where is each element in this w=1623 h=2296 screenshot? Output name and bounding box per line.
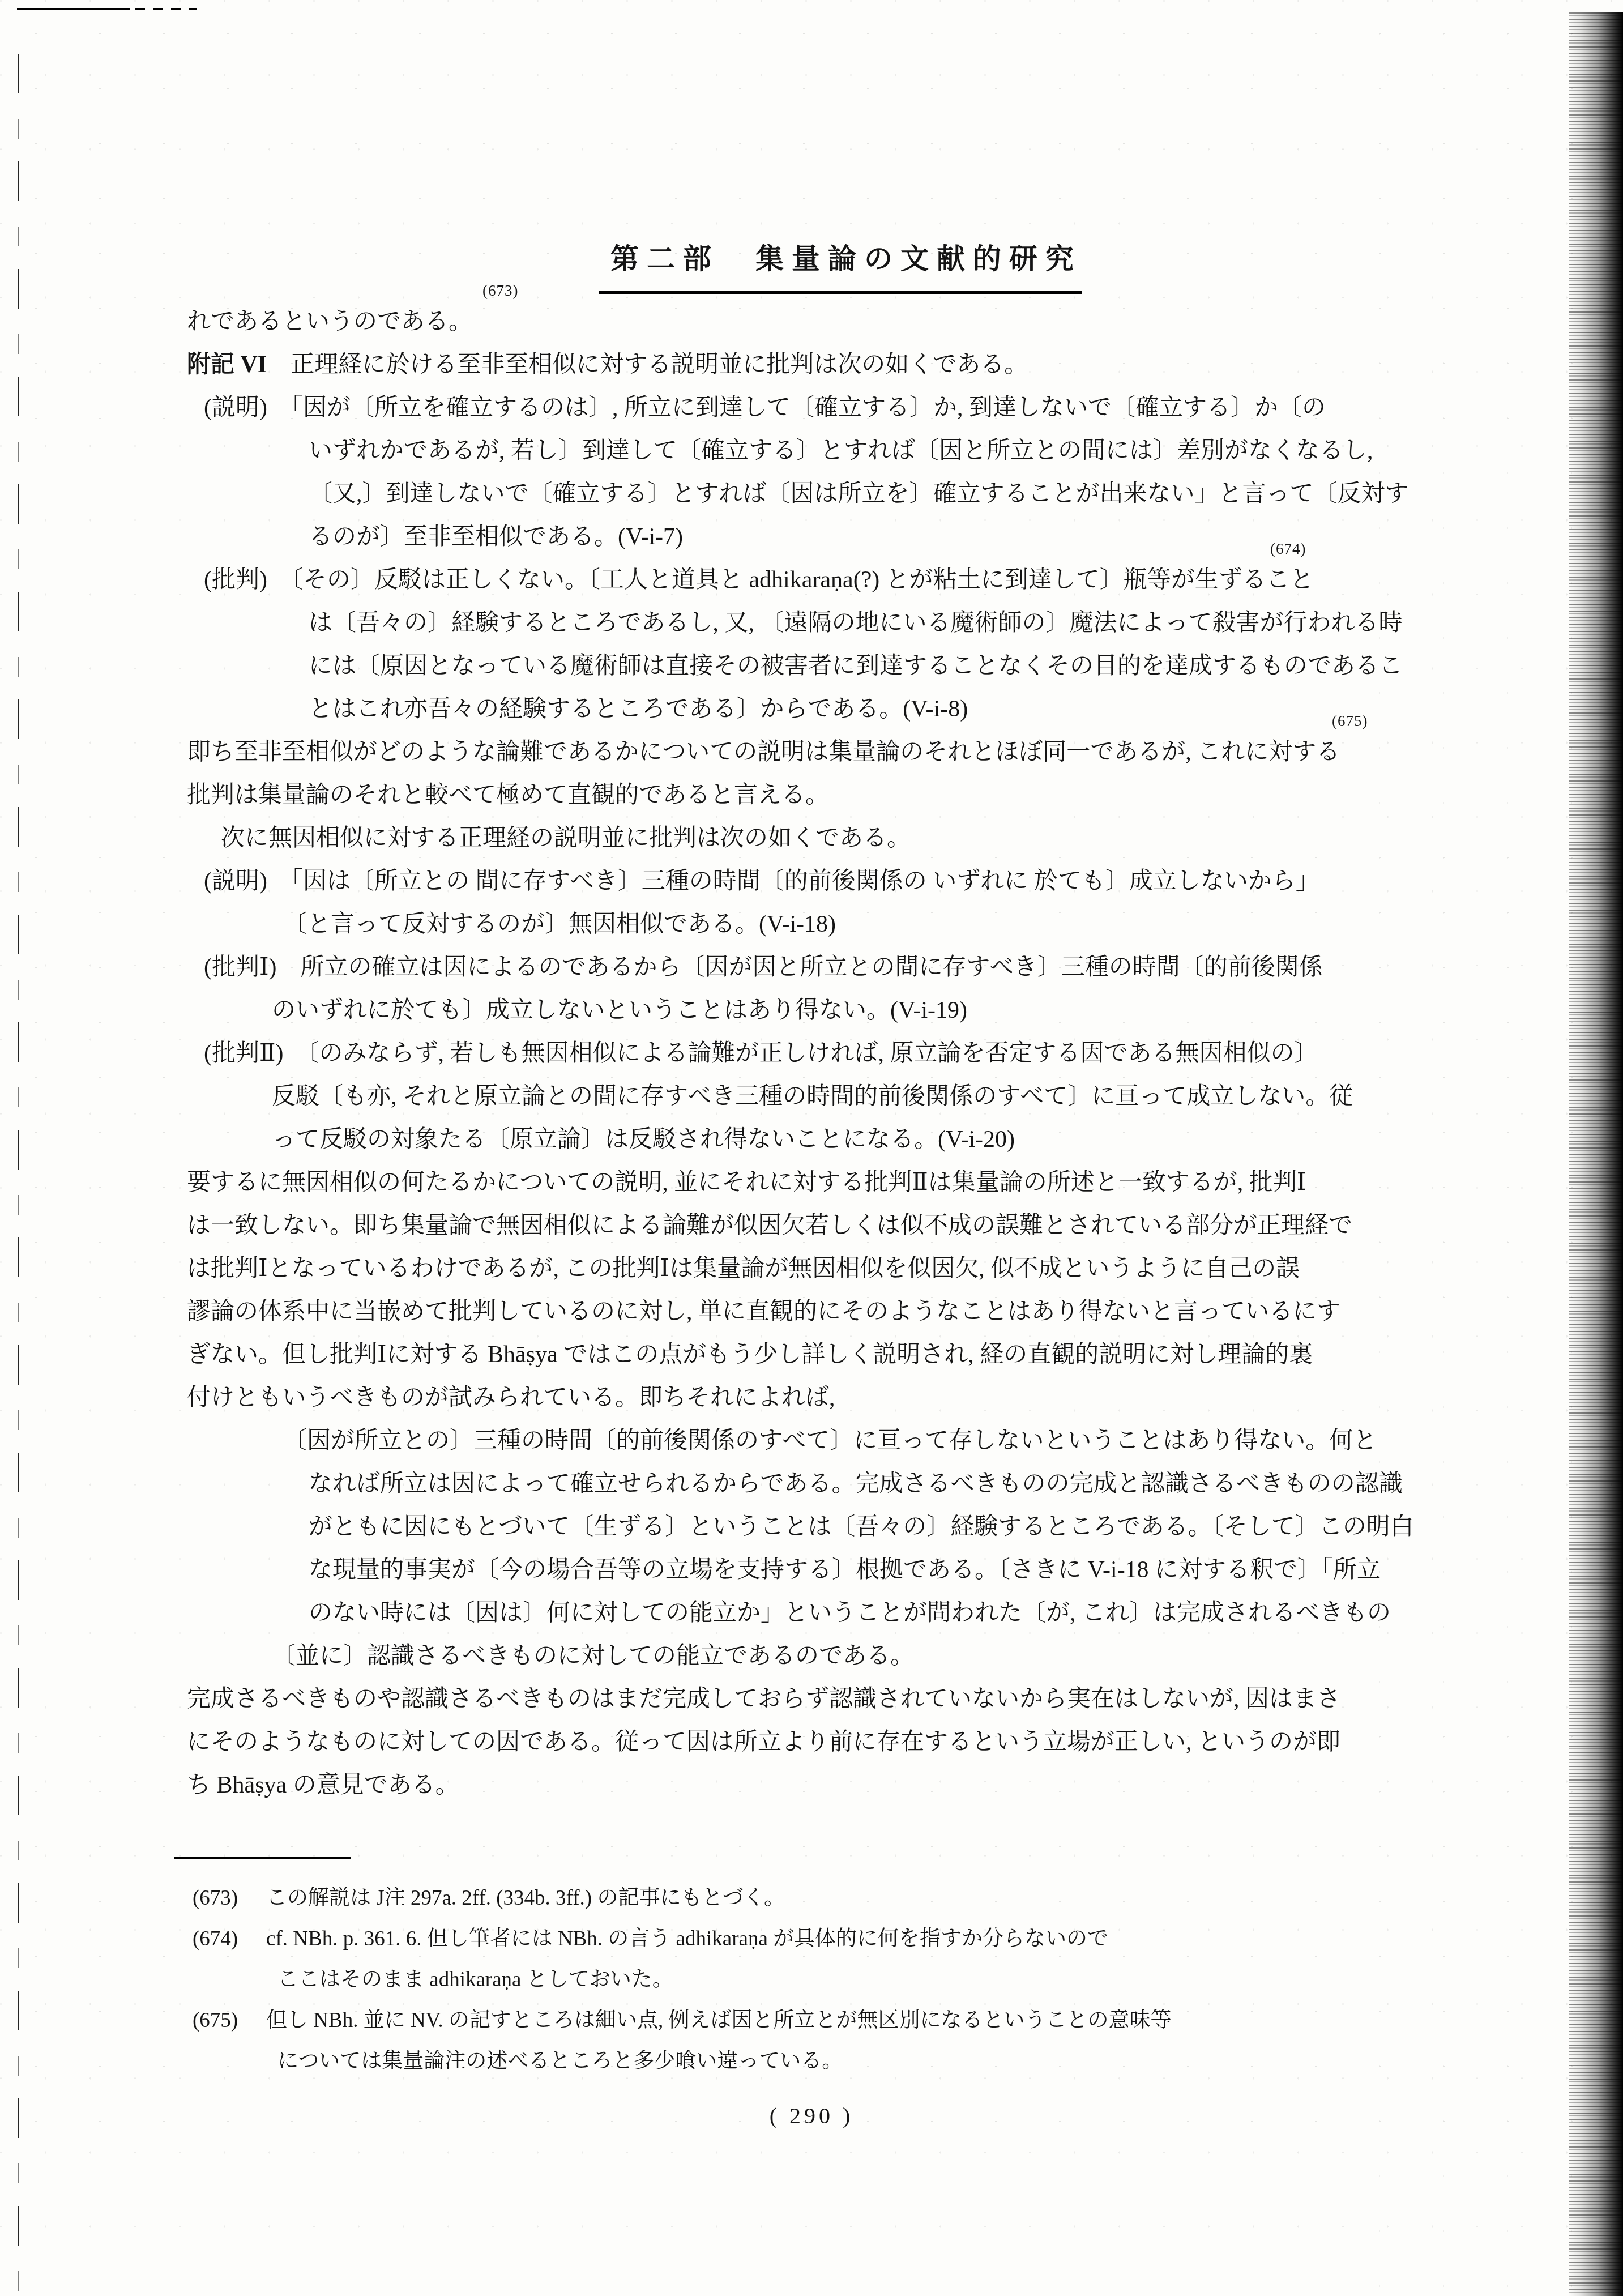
section-heading: 正理経に於ける至非至相似に対する説明並に批判は次の如くである。 <box>267 352 1028 378</box>
footnote-row: ここはそのまま adhikaraṇa としておいた。 <box>277 1968 673 1992</box>
text-line: なれば所立は因によって確立せられるからである。完成さるべきものの完成と認識さるべ… <box>309 1470 1403 1497</box>
text-line: 反駁〔も亦, それと原立論との間に存すべき三種の時間的前後関係のすべて〕に亘って… <box>272 1083 1353 1110</box>
emphasized-text: 完成さるべきもの <box>187 1686 377 1712</box>
text-line: にそのようなものに対しての因である。従って因は所立より前に存在するという立場が正… <box>187 1729 1340 1756</box>
page-title: 第二部 集量論の文献的研究 <box>610 245 1082 273</box>
footnote-text: については集量論注の述べるところと多少喰い違っている。 <box>277 2050 843 2073</box>
text-line: ぎない。但し批判Ⅰに対する Bhāṣya ではこの点がもう少し詳しく説明され, … <box>187 1341 1313 1368</box>
text-line: いずれかであるが, 若し〕到達して〔確立する〕とすれば〔因と所立との間には〕差別… <box>309 437 1373 464</box>
text-segment: 〔並に〕 <box>272 1643 367 1669</box>
text-line: は批判Ⅰとなっているわけであるが, この批判Ⅰは集量論が無因相似を似因欠, 似不… <box>187 1255 1300 1282</box>
scan-top-line-dashes <box>135 8 197 10</box>
footnote-text: ここはそのまま adhikaraṇa としておいた。 <box>277 1968 673 1991</box>
text-line: のいずれに於ても〕成立しないということはあり得ない。(V-i-19) <box>272 997 967 1024</box>
emphasized-text: 認識さるべきもの <box>367 1643 557 1669</box>
text-segment: の認識 <box>1331 1471 1403 1497</box>
text-line: は一致しない。即ち集量論で無因相似による論難が似因欠若しくは似不成の誤難とされて… <box>187 1212 1352 1239</box>
text-line: 要するに無因相似の何たるかについての説明, 並にそれに対する批判Ⅱは集量論の所述… <box>187 1169 1306 1196</box>
text-line: 〔並に〕認識さるべきものに対しての能立であるのである。 <box>272 1642 914 1670</box>
emphasized-text: 完成さるべきもの <box>856 1471 1046 1497</box>
footnote-text: 但し NBh. 並に NV. の記すところは細い点, 例えば因と所立とが無区別に… <box>266 2009 1172 2032</box>
footnote-row: については集量論注の述べるところと多少喰い違っている。 <box>277 2050 843 2074</box>
text-line: (説明) 「因が〔所立を確立するのは〕, 所立に到達して〔確立する〕か, 到達し… <box>204 394 1326 421</box>
text-line: がともに因にもとづいて〔生ずる〕ということは〔吾々の〕経験するところである。〔そ… <box>309 1513 1414 1540</box>
footnote-text: cf. NBh. p. 361. 6. 但し筆者には NBh. の言う adhi… <box>266 1927 1108 1951</box>
page-number: ( 290 ) <box>0 2102 1623 2129</box>
emphasized-text: 完成されるべきもの <box>1177 1600 1391 1626</box>
text-line: 次に無因相似に対する正理経の説明並に批判は次の如くである。 <box>221 825 911 852</box>
text-segment: なれば所立は因によって確立せられるからである。 <box>309 1471 856 1497</box>
text-line: (批判Ⅱ) 〔のみならず, 若しも無因相似による論難が正しければ, 原立論を否定… <box>204 1040 1318 1067</box>
text-line: (批判) 〔その〕反駁は正しくない。〔工人と道具と adhikaraṇa(?) … <box>204 566 1314 594</box>
text-segment: はまだ完成しておらず認識されていないから実在はしないが, 因はまさ <box>591 1686 1340 1712</box>
text-line: 批判は集量論のそれと較べて極めて直観的であると言える。 <box>187 782 829 809</box>
text-line: には〔原因となっている魔術師は直接その被害者に到達することなくその目的を達成する… <box>309 652 1403 680</box>
text-line: 〔又,〕到達しないで〔確立する〕とすれば〔因は所立を〕確立することが出来ない」と… <box>309 480 1409 507</box>
section-label: 附記 VI <box>187 352 267 378</box>
text-line: 謬論の体系中に当嵌めて批判しているのに対し, 単に直観的にそのようなことはあり得… <box>187 1298 1340 1325</box>
text-line: とはこれ亦吾々の経験するところである〕からである。(V-i-8) <box>309 695 968 723</box>
text-line: 附記 VI 正理経に於ける至非至相似に対する説明並に批判は次の如くである。 <box>187 351 1028 378</box>
text-line: のない時には〔因は〕何に対しての能立か」ということが問われた〔が, これ〕は完成… <box>309 1599 1391 1627</box>
text-segment: のない時には〔因は〕何に対しての能立か」ということが問われた〔が, これ〕は <box>309 1600 1177 1626</box>
footnote-number: (675) <box>193 2009 266 2033</box>
text-line: 完成さるべきものや認識さるべきものはまだ完成しておらず認識されていないから実在は… <box>187 1685 1340 1713</box>
footnote-number: (673) <box>193 1887 266 1911</box>
text-line: (批判Ⅰ) 所立の確立は因によるのであるから〔因が因と所立との間に存すべき〕三種… <box>204 954 1323 981</box>
footnote-mark-675: (675) <box>1332 714 1368 729</box>
emphasized-text: 認識さるべきもの <box>401 1686 591 1712</box>
text-line: (説明) 「因は〔所立との 間に存すべき〕三種の時間〔的前後関係の いずれに 於… <box>204 868 1319 895</box>
title-underline <box>599 291 1082 294</box>
footnote-row: (675)但し NBh. 並に NV. の記すところは細い点, 例えば因と所立と… <box>193 2009 1172 2033</box>
text-segment: や <box>377 1686 401 1712</box>
footnote-row: (673)この解説は J注 297a. 2ff. (334b. 3ff.) の記… <box>193 1887 785 1911</box>
text-segment: に対しての能立であるのである。 <box>557 1643 914 1669</box>
footnote-separator <box>174 1857 351 1859</box>
text-line: 即ち至非至相似がどのような論難であるかについての説明は集量論のそれとほぼ同一であ… <box>187 739 1340 766</box>
scan-top-line <box>17 8 130 10</box>
text-line: 〔と言って反対するのが〕無因相似である。(V-i-18) <box>283 911 836 938</box>
footnote-mark-673: (673) <box>482 283 518 298</box>
footnote-row: (674)cf. NBh. p. 361. 6. 但し筆者には NBh. の言う… <box>193 1927 1108 1952</box>
scan-left-edge-line <box>18 54 19 2296</box>
text-line: るのが〕至非至相似である。(V-i-7) <box>309 523 683 550</box>
text-line: ち Bhāṣya の意見である。 <box>187 1772 459 1799</box>
footnote-mark-674: (674) <box>1270 541 1306 557</box>
text-segment: の完成と <box>1046 1471 1141 1497</box>
text-line: 付けともいうべきものが試みられている。即ちそれによれば, <box>187 1384 835 1411</box>
scanned-page: 第二部 集量論の文献的研究 (673) (674) (675) れであるというの… <box>0 0 1623 2296</box>
text-line: って反駁の対象たる〔原立論〕は反駁され得ないことになる。(V-i-20) <box>272 1126 1015 1153</box>
text-line: れであるというのである。 <box>187 308 472 335</box>
text-line: 〔因が所立との〕三種の時間〔的前後関係のすべて〕に亘って存しないということはあり… <box>283 1427 1377 1454</box>
text-line: は〔吾々の〕経験するところであるし, 又, 〔遠隔の地にいる魔術師の〕魔法によっ… <box>309 609 1403 637</box>
footnote-number: (674) <box>193 1927 266 1952</box>
footnote-text: この解説は J注 297a. 2ff. (334b. 3ff.) の記事にもとづ… <box>266 1887 785 1910</box>
binding-edge-shadow <box>1569 12 1623 2296</box>
emphasized-text: 認識さるべきもの <box>1141 1471 1331 1497</box>
text-line: な現量的事実が〔今の場合吾等の立場を支持する〕根拠である。〔さきに V-i-18… <box>309 1556 1381 1584</box>
